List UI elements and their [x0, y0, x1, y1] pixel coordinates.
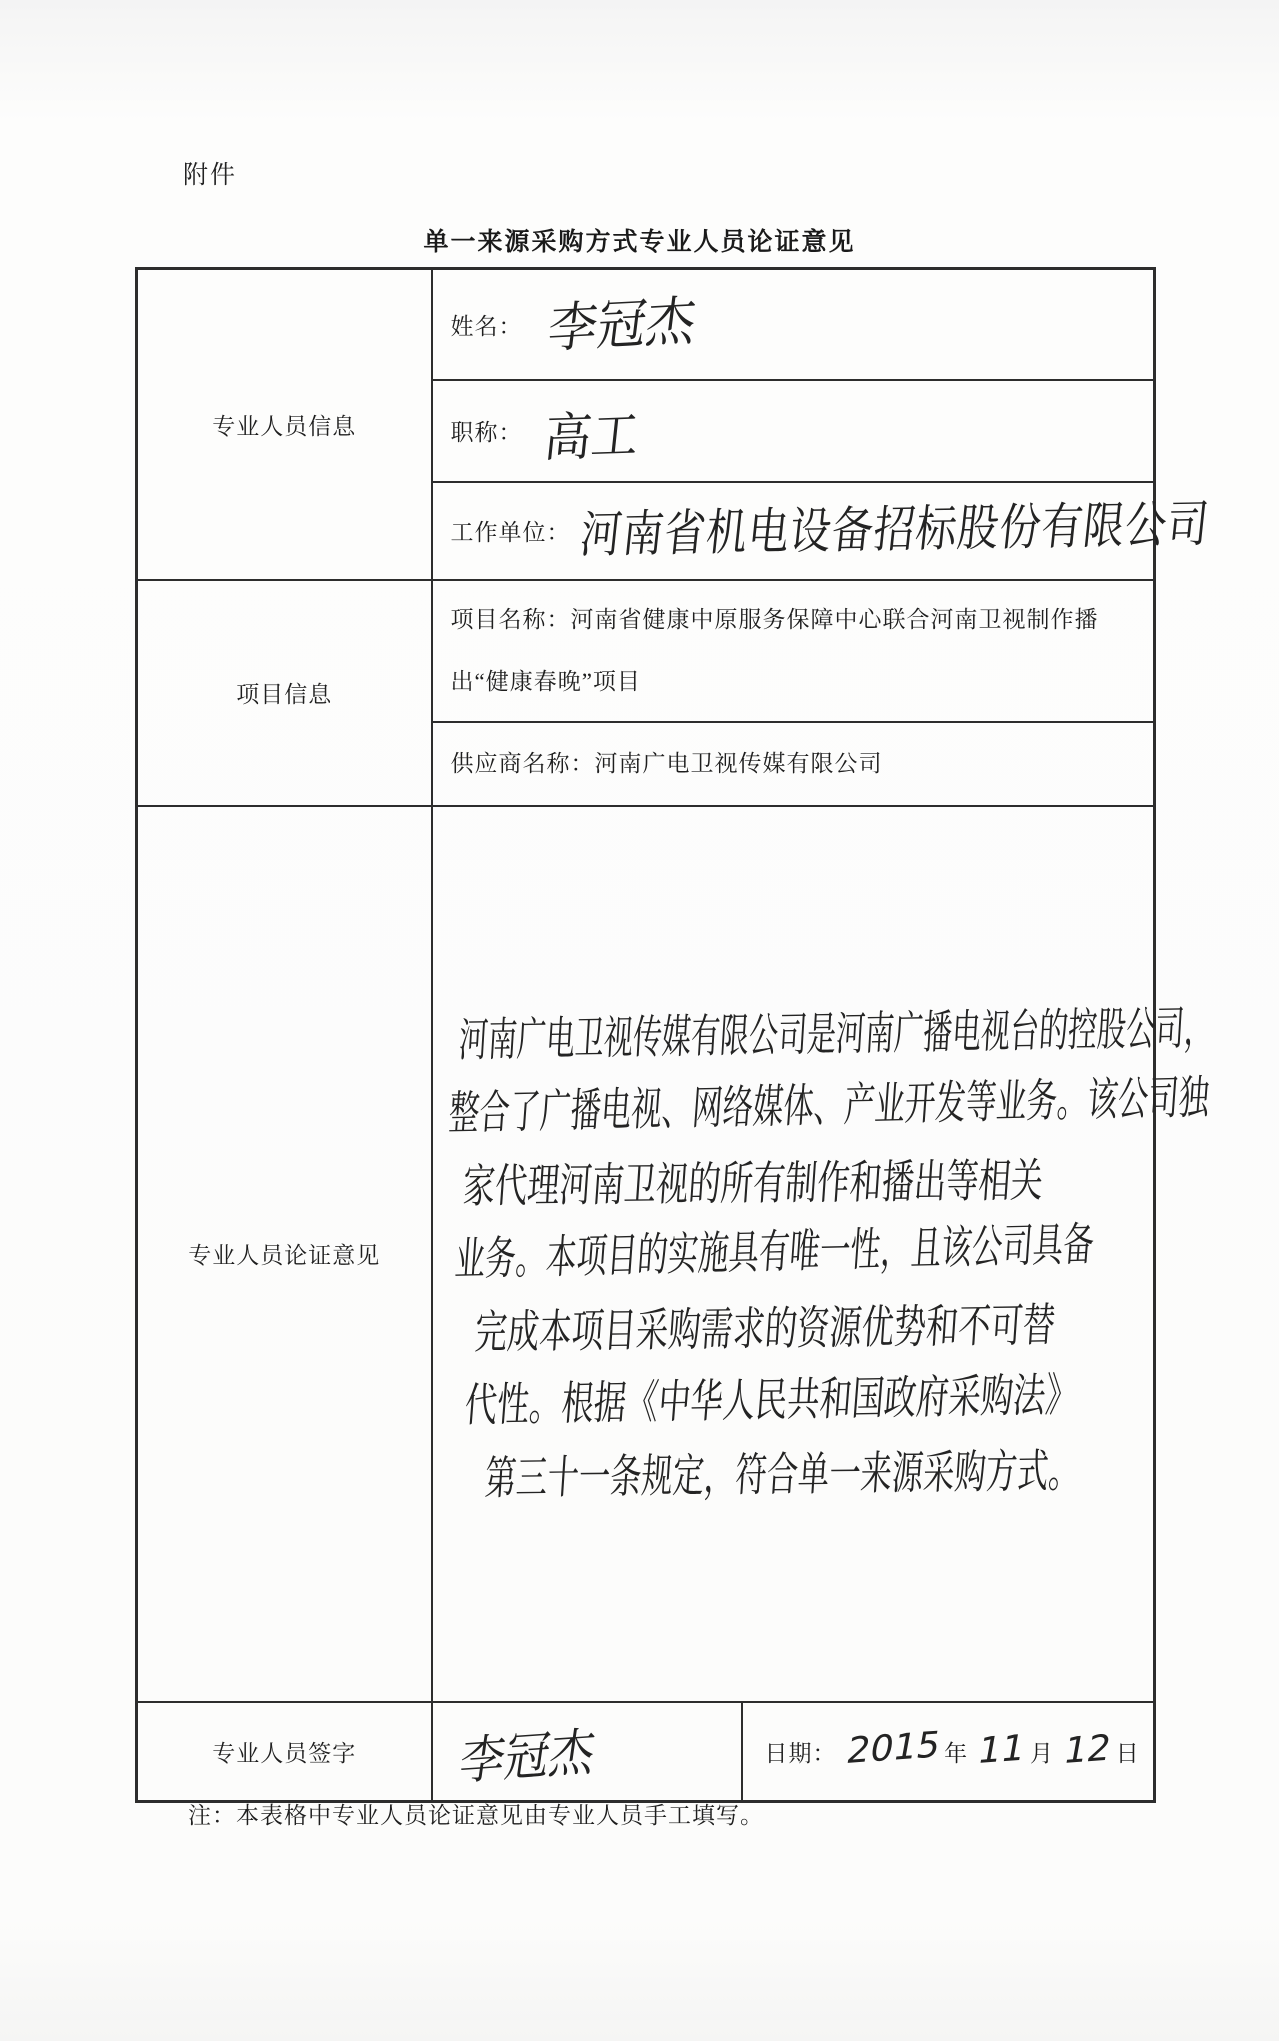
title-cell: 职称： 高工	[432, 380, 1155, 482]
attachment-label: 附件	[183, 155, 237, 191]
document-sheet: 附件 单一来源采购方式专业人员论证意见 专业人员信息 姓名： 李冠杰 职称： 高…	[0, 0, 1279, 2041]
date-day-suffix: 日	[1116, 1735, 1140, 1768]
opinion-handwritten-line: 家代理河南卫视的所有制作和播出等相关	[460, 1145, 942, 1223]
date-year-handwritten: 2015	[843, 1724, 943, 1771]
date-year-suffix: 年	[944, 1735, 968, 1768]
row-name: 专业人员信息 姓名： 李冠杰	[137, 269, 1155, 380]
section-opinion-label: 专业人员论证意见	[137, 806, 432, 1702]
signature-handwritten-value: 李冠杰	[455, 1710, 600, 1794]
project-name-label: 项目名称：	[451, 607, 571, 632]
opinion-handwritten-line: 业务。本项目的实施具有唯一性，且该公司具备	[452, 1212, 912, 1296]
project-name-cell: 项目名称：河南省健康中原服务保障中心联合河南卫视制作播出“健康春晚”项目	[432, 580, 1155, 722]
supplier-label: 供应商名称：	[451, 751, 595, 776]
section-personnel-label: 专业人员信息	[137, 269, 432, 580]
opinion-handwritten-line: 第三十一条规定，符合单一来源采购方式。	[482, 1436, 935, 1515]
supplier-cell: 供应商名称：河南广电卫视传媒有限公司	[432, 722, 1155, 806]
row-signature: 专业人员签字 李冠杰 日期： 2015 年 11 月 12 日	[137, 1702, 1155, 1802]
opinion-handwritten-line: 完成本项目采购需求的资源优势和不可替	[472, 1290, 945, 1369]
row-opinion: 专业人员论证意见 河南广电卫视传媒有限公司是河南广播电视台的控股公司， 整合了广…	[137, 806, 1155, 1702]
verification-form-table: 专业人员信息 姓名： 李冠杰 职称： 高工 工作单位： 河南省机电设备招标股份有	[135, 267, 1156, 1803]
title-handwritten-value: 高工	[541, 393, 643, 471]
work-unit-cell: 工作单位： 河南省机电设备招标股份有限公司	[432, 482, 1155, 580]
opinion-handwritten-line: 代性。根据《中华人民共和国政府采购法》	[462, 1361, 943, 1442]
date-label: 日期：	[765, 1735, 837, 1768]
date-cell: 日期： 2015 年 11 月 12 日	[742, 1702, 1155, 1802]
date-day-handwritten: 12	[1060, 1728, 1114, 1772]
name-handwritten-value: 李冠杰	[544, 278, 700, 363]
opinion-cell: 河南广电卫视传媒有限公司是河南广播电视台的控股公司， 整合了广播电视、网络媒体、…	[432, 806, 1155, 1702]
date-month-suffix: 月	[1030, 1735, 1054, 1768]
row-project-name: 项目信息 项目名称：河南省健康中原服务保障中心联合河南卫视制作播出“健康春晚”项…	[137, 580, 1155, 722]
work-unit-label: 工作单位：	[451, 514, 571, 547]
opinion-handwritten-line: 整合了广播电视、网络媒体、产业开发等业务。该公司独	[446, 1067, 910, 1150]
name-cell: 姓名： 李冠杰	[432, 269, 1155, 380]
footnote: 注：本表格中专业人员论证意见由专业人员手工填写。	[188, 1797, 764, 1830]
title-label: 职称：	[451, 414, 523, 447]
signature-cell: 李冠杰	[432, 1702, 742, 1802]
section-project-label: 项目信息	[137, 580, 432, 806]
page-title: 单一来源采购方式专业人员论证意见	[0, 222, 1279, 258]
opinion-handwritten-line: 河南广电卫视传媒有限公司是河南广播电视台的控股公司，	[456, 997, 892, 1077]
date-month-handwritten: 11	[974, 1728, 1028, 1772]
supplier-value: 河南广电卫视传媒有限公司	[595, 751, 883, 776]
section-signature-label: 专业人员签字	[137, 1702, 432, 1802]
work-unit-handwritten-value: 河南省机电设备招标股份有限公司	[577, 484, 1213, 567]
name-label: 姓名：	[451, 308, 523, 341]
